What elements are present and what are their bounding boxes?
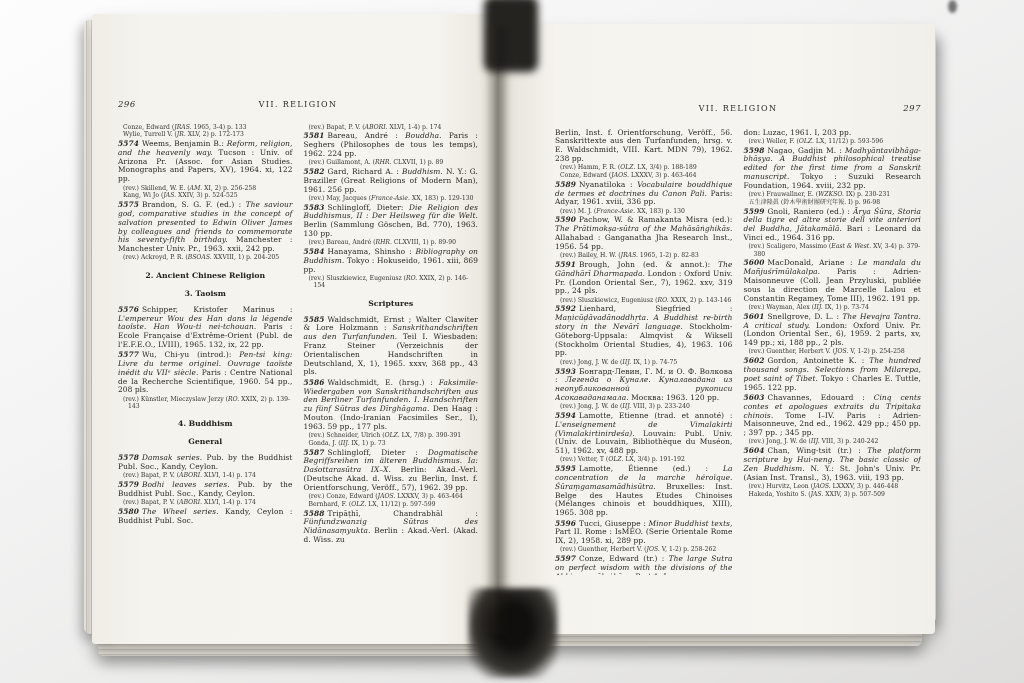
- review-line: (rev.) Weller, F. (OLZ. LX, 11/12) p. 59…: [744, 138, 922, 145]
- right-page-column-1: Berlin, Inst. f. Orientforschung, Veröff…: [555, 127, 733, 575]
- entry-number: 5584: [304, 247, 328, 256]
- review-line: (rev.) Conze, Edward (JAOS. LXXXV, 3) p.…: [304, 493, 479, 500]
- entry-number: 5579: [118, 480, 142, 489]
- review-line: (rev.) May, Jacques (France-Asie. XX, 18…: [304, 195, 479, 202]
- entry-number: 5581: [304, 131, 328, 140]
- bib-entry: 5584Hanayama, Shinsho : Bibliography on …: [304, 248, 479, 274]
- entry-number: 5582: [304, 167, 328, 176]
- review-line: (rev.) Guillamont, A. (RHR. CLXVII, 1) p…: [304, 159, 479, 166]
- entry-number: 5578: [118, 453, 142, 462]
- entry-continuation: Berlin, Inst. f. Orientforschung, Veröff…: [555, 129, 733, 164]
- entry-number: 5598: [744, 146, 768, 155]
- bib-entry: 5592Lienhard, Siegfried : Maṇicūḍāvadāno…: [555, 305, 733, 358]
- section-title-left: VII. RELIGION: [164, 100, 432, 109]
- review-line: Conze, Edward (JAOS. LXXXV, 3) p. 463-46…: [555, 172, 733, 179]
- section-title-right: VII. RELIGION: [601, 104, 875, 113]
- bib-entry: 5593Бонгард-Левин, Г. М. и О. Ф. Волкова…: [555, 368, 733, 403]
- entry-number: 5586: [304, 378, 328, 387]
- review-line: (rev.) Scaligero, Massimo (East & West. …: [744, 243, 922, 258]
- review-line: (rev.) Ackroyd, P. R. (BSOAS. XXVIII, 1)…: [118, 254, 293, 261]
- running-head-left: 296 VII. RELIGION: [118, 100, 478, 110]
- entry-number: 5594: [555, 411, 579, 420]
- review-line: (rev.) Hamm, F. R. (OLZ. LX, 3/4) p. 188…: [555, 164, 733, 171]
- bib-entry: 5574Weems, Benjamin B.: Reform, religion…: [118, 140, 293, 184]
- left-page-text: Conze, Edward (JRAS. 1965, 3-4) p. 133Wy…: [118, 123, 478, 571]
- review-line: (rev.) Bapat, P. V. (ABORI. XLVI, 1-4) p…: [304, 124, 479, 131]
- bib-entry: 5602Gordon, Antoinette K. : The hundred …: [744, 357, 922, 392]
- review-line: Conze, Edward (JRAS. 1965, 3-4) p. 133: [118, 124, 293, 131]
- entry-continuation: don: Luzac, 1961. I, 203 pp.: [744, 129, 922, 138]
- review-line: Hakeda, Yoshito S. (JAS. XXIV, 3) p. 507…: [744, 491, 922, 498]
- photo-artifact: [948, 0, 957, 13]
- bib-entry: 5591Brough, John (ed. & annot.): The Gān…: [555, 261, 733, 296]
- entry-number: 5577: [118, 350, 142, 359]
- bib-entry: 5581Bareau, André : Bouddha. Paris : Seg…: [304, 132, 479, 158]
- bib-entry: 5604Chan, Wing-tsit (tr.) : The platform…: [744, 447, 922, 482]
- section-heading: General: [118, 437, 293, 446]
- entry-number: 5595: [555, 464, 579, 473]
- review-line: Wylie, Turrell V. (JR. XLV, 2) p. 172-17…: [118, 131, 293, 138]
- section-heading: 4. Buddhism: [118, 419, 293, 428]
- right-page-column-2: don: Luzac, 1961. I, 203 pp.(rev.) Welle…: [744, 127, 922, 575]
- entry-number: 5601: [744, 312, 768, 321]
- bib-entry: 5587Schlingloff, Dieter : Dogmatische Be…: [304, 449, 479, 493]
- entry-number: 5592: [555, 304, 579, 313]
- review-line: (rev.) Guenther, Herbert V. (JOS. V, 1-2…: [744, 348, 922, 355]
- bib-entry: 5585Waldschmidt, Ernst ; Walter Clawiter…: [304, 316, 479, 378]
- right-page-text: Berlin, Inst. f. Orientforschung, Veröff…: [555, 127, 921, 575]
- review-line: (rev.) Wayman, Alex (IIJ. IX, 1) p. 73-7…: [744, 304, 922, 311]
- open-book: 296 VII. RELIGION Conze, Edward (JRAS. 1…: [84, 6, 936, 662]
- entry-number: 5580: [118, 507, 142, 516]
- entry-number: 5574: [118, 139, 142, 148]
- review-line: (rev.) Hurvitz, Leon (JAOS. LXXXV, 3) p.…: [744, 483, 922, 490]
- review-line: (rev.) Frauwallner, E. (WZKSO. IX) p. 23…: [744, 191, 922, 198]
- bib-entry: 5595Lamotte, Étienne (ed.) : La concentr…: [555, 465, 733, 518]
- review-line: Gonda, J. (IIJ. IX, 1) p. 73: [304, 440, 479, 447]
- left-page-column-2: (rev.) Bapat, P. V. (ABORI. XLVI, 1-4) p…: [304, 123, 479, 571]
- review-line: (rev.) Vetter, T (OLZ. LX, 3/4) p. 191-1…: [555, 456, 733, 463]
- bib-entry: 5603Chavannes, Edouard : Cinq cents cont…: [744, 394, 922, 438]
- entry-number: 5596: [555, 519, 579, 528]
- book-spine-bottom: [468, 588, 558, 678]
- review-line: Bernhard, F. (OLZ. LX, 11/12) p. 597-599: [304, 501, 479, 508]
- entry-number: 5589: [555, 180, 579, 189]
- entry-number: 5597: [555, 554, 579, 563]
- section-heading: 3. Taoism: [118, 289, 293, 298]
- bib-entry: 5586Waldschmidt, E. (hrsg.) : Faksimile-…: [304, 379, 479, 432]
- review-line: (rev.) Bapat, P. V. (ABORI. XLVI, 1-4) p…: [118, 472, 293, 479]
- section-heading: 2. Ancient Chinese Religion: [118, 271, 293, 280]
- entry-number: 5585: [304, 315, 328, 324]
- bib-entry: 5579Bodhi leaves series. Pub. by the Bud…: [118, 481, 293, 499]
- entry-number: 5588: [304, 509, 328, 518]
- bib-entry: 5590Pachow, W. & Ramakanta Misra (ed.): …: [555, 216, 733, 251]
- review-line: (rev.) Schneider, Ulrich (OLZ. LX, 7/8) …: [304, 432, 479, 439]
- entry-number: 5575: [118, 200, 142, 209]
- page-number-right: 297: [875, 104, 921, 114]
- entry-number: 5591: [555, 260, 579, 269]
- entry-number: 5583: [304, 203, 328, 212]
- bib-entry: 5583Schlingloff, Dieter: Die Religion de…: [304, 204, 479, 239]
- bib-entry: 5576Schipper, Kristofer Marinus : L'empe…: [118, 306, 293, 350]
- bib-entry: 5588Tripāṭhī, Chandrabhāl : Fünfundzwanz…: [304, 510, 479, 545]
- review-line: (rev.) Jong, J. W. de (IIJ. IX, 1) p. 74…: [555, 359, 733, 366]
- entry-number: 5602: [744, 356, 768, 365]
- review-line: (rev.) Guenther, Herbert V. (JOS. V, 1-2…: [555, 546, 733, 553]
- review-line: (rev.) Bapat, P. V. (ABORI. XLVI, 1-4) p…: [118, 499, 293, 506]
- running-head-right: VII. RELIGION 297: [555, 104, 921, 114]
- bib-entry: 5575Brandon, S. G. F. (ed.) : The saviou…: [118, 201, 293, 254]
- book-gutter-shadow: [484, 28, 510, 634]
- review-line: (rev.) Sluszkiewicz, Eugeniusz (RO. XXIX…: [304, 275, 479, 290]
- page-number-left: 296: [118, 100, 164, 110]
- left-page: 296 VII. RELIGION Conze, Edward (JRAS. 1…: [92, 14, 512, 644]
- bib-entry: 5577Wu, Chi-yu (introd.): Pen-tsi king: …: [118, 351, 293, 395]
- bib-entry: 5594Lamotte, Etienne (trad. et annoté) :…: [555, 412, 733, 456]
- review-line: (rev.) Skillend, W. E. (AM. XI, 2) p. 25…: [118, 185, 293, 192]
- right-page: VII. RELIGION 297 Berlin, Inst. f. Orien…: [499, 24, 935, 634]
- bib-entry: 5589Nyanatiloka : Vocabulaire bouddhique…: [555, 181, 733, 207]
- review-line: (rev.) Künstler, Mieczyslaw Jerzy (RO. X…: [118, 396, 293, 411]
- entry-number: 5590: [555, 215, 579, 224]
- bib-entry: 5599Gnoli, Raniero (ed.) : Ārya Śūra, St…: [744, 208, 922, 243]
- review-line: (rev.) Sluszkiewicz, Eugeniusz (RO. XXIX…: [555, 297, 733, 304]
- review-line: (rev.) Bareau, André (RHR. CLXVIII, 1) p…: [304, 239, 479, 246]
- entry-number: 5603: [744, 393, 768, 402]
- review-line: 五生津隆眞 (鈴木學術財團研究年報. I) p. 96-98: [744, 199, 922, 206]
- review-line: Kang, Wi Jo (JAS. XXIV, 3) p. 524-525: [118, 192, 293, 199]
- entry-number: 5593: [555, 367, 579, 376]
- bib-entry: 5598Nagao, Gadjin M. : Madhyāntavibhāga-…: [744, 147, 922, 191]
- bib-entry: 5578Damsak series. Pub. by the Buddhist …: [118, 454, 293, 472]
- entry-number: 5604: [744, 446, 768, 455]
- review-line: (rev.) Jong, J. W. de (IIJ. VIII, 3) p. …: [744, 438, 922, 445]
- left-page-column-1: Conze, Edward (JRAS. 1965, 3-4) p. 133Wy…: [118, 123, 293, 571]
- review-line: (rev.) M. J. (France-Asie. XX, 183) p. 1…: [555, 208, 733, 215]
- entry-number: 5587: [304, 448, 328, 457]
- section-heading: Scriptures: [304, 299, 479, 308]
- bib-entry: 5580The Wheel series. Kandy, Ceylon : Bu…: [118, 508, 293, 526]
- bib-entry: 5601Snellgrove, D. L. : The Hevajra Tant…: [744, 313, 922, 348]
- review-line: (rev.) Bailey, H. W. (JRAS. 1965, 1-2) p…: [555, 252, 733, 259]
- bib-entry: 5600MacDonald, Ariane : Le mandala du Ma…: [744, 259, 922, 303]
- entry-number: 5576: [118, 305, 142, 314]
- entry-number: 5600: [744, 258, 768, 267]
- bib-entry: 5596Tucci, Giuseppe : Minor Buddhist tex…: [555, 520, 733, 546]
- review-line: (rev.) Jong, J. W. de (IIJ. VIII, 3) p. …: [555, 403, 733, 410]
- entry-number: 5599: [744, 207, 768, 216]
- bib-entry: 5582Gard, Richard A. : Buddhism. N. Y.: …: [304, 168, 479, 194]
- bib-entry: 5597Conze, Edward (tr.) : The large Sutr…: [555, 555, 733, 575]
